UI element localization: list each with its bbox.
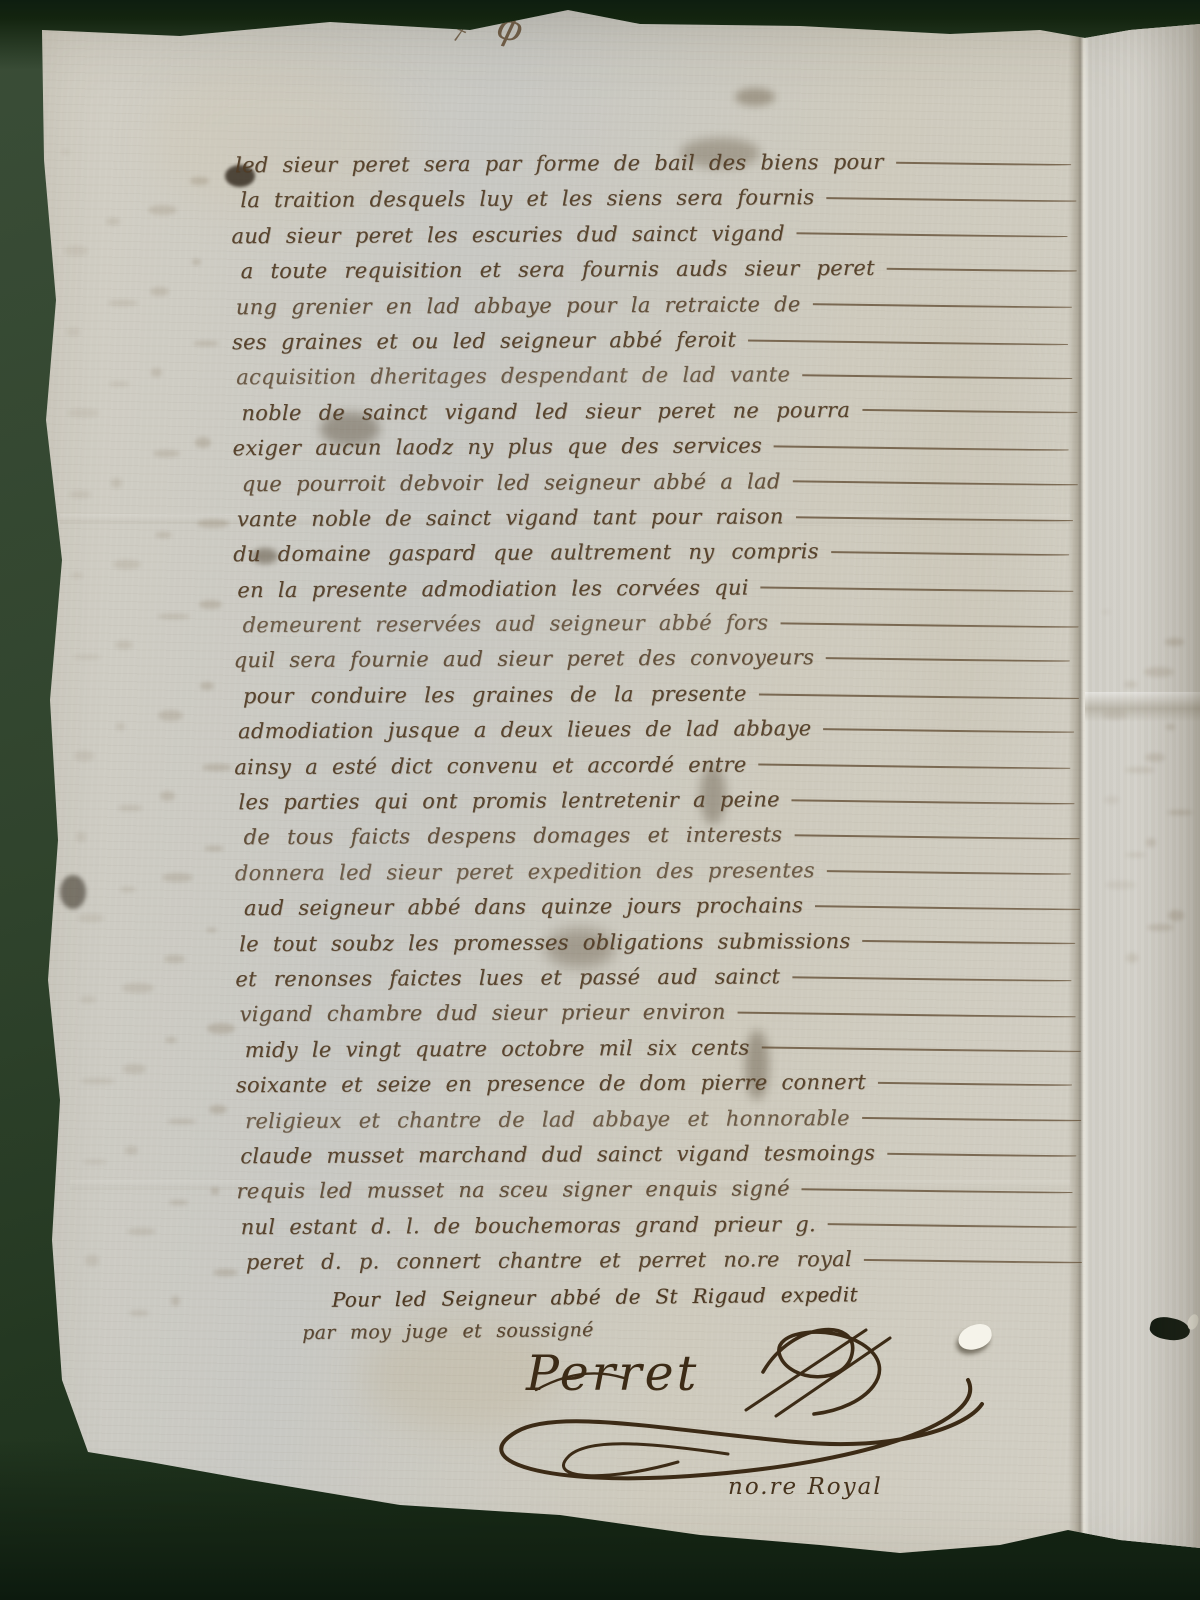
line-filler-stroke: [761, 587, 1074, 593]
bleedthrough-spot: [167, 1119, 196, 1124]
adjacent-blank-page: [1085, 0, 1200, 1600]
line-filler-stroke: [774, 445, 1069, 451]
manuscript-line: vigand chambre dud sieur prieur environ: [239, 993, 1077, 1033]
manuscript-line-text: du domaine gaspard que aultrement ny com…: [233, 534, 819, 572]
notary-signature: Perret no.re Royal: [428, 1312, 1008, 1517]
line-filler-stroke: [827, 870, 1071, 875]
bleedthrough-spot: [153, 450, 180, 457]
manuscript-line-text: claude musset marchand dud sainct vigand…: [240, 1136, 875, 1175]
manuscript-line: a toute requisition et sera fournis auds…: [241, 250, 1079, 290]
bleedthrough-spot: [62, 150, 70, 154]
photo-background: † ϕ led sieur peret sera par forme de ba…: [0, 0, 1200, 1600]
bleedthrough-spot: [1168, 910, 1184, 921]
manuscript-line-text: led sieur peret sera par forme de bail d…: [235, 145, 884, 184]
bleedthrough-spot: [209, 1105, 227, 1114]
bleedthrough-spot: [151, 368, 161, 376]
manuscript-line: en la presente admodiation les corvées q…: [237, 568, 1075, 608]
manuscript-line: la traition desquels luy et les siens se…: [240, 179, 1078, 219]
bleedthrough-spot: [211, 1187, 219, 1195]
line-filler-stroke: [831, 551, 1069, 556]
bleedthrough-spot: [213, 1269, 238, 1276]
manuscript-line-text: nul estant d. l. de bouchemoras grand pr…: [241, 1207, 816, 1245]
line-filler-stroke: [792, 799, 1075, 805]
manuscript-line: led sieur peret sera par forme de bail d…: [235, 144, 1073, 184]
bleedthrough-spot: [1146, 838, 1156, 846]
manuscript-line-text: la traition desquels luy et les siens se…: [240, 181, 814, 219]
line-filler-stroke: [823, 728, 1074, 733]
manuscript-line: midy le vingt quatre octobre mil six cen…: [245, 1029, 1083, 1069]
manuscript-line: ses graines et ou led seigneur abbé fero…: [232, 321, 1070, 361]
line-filler-stroke: [887, 268, 1077, 273]
bleedthrough-spot: [115, 641, 133, 649]
edge-spot: [60, 875, 86, 909]
bleedthrough-spot: [118, 805, 143, 811]
bleedthrough-spot: [76, 832, 86, 841]
bleedthrough-spot: [122, 983, 154, 994]
bleedthrough-spot: [81, 1078, 114, 1084]
bleedthrough-spot: [108, 300, 138, 306]
manuscript-line-text: admodiation jusque a deux lieues de lad …: [238, 711, 812, 749]
bleedthrough-spot: [204, 846, 224, 851]
bleedthrough-spot: [1103, 710, 1127, 720]
manuscript-line: exiger aucun laodz ny plus que des servi…: [233, 427, 1071, 467]
bleedthrough-spot: [193, 341, 219, 346]
manuscript-line-text: aud seigneur abbé dans quinze jours proc…: [244, 888, 803, 926]
bleedthrough-spot: [206, 928, 217, 932]
manuscript-line: peret d. p. connert chantre et perret no…: [246, 1241, 1084, 1281]
line-filler-stroke: [797, 233, 1068, 239]
bleedthrough-spot: [148, 205, 177, 215]
bleedthrough-spot: [78, 914, 104, 922]
cross-mark: †: [451, 20, 470, 46]
manuscript-line-text: les parties qui ont promis lentretenir a…: [238, 782, 780, 820]
line-filler-stroke: [738, 1012, 1076, 1019]
line-filler-stroke: [813, 303, 1072, 309]
bleedthrough-spot: [1104, 796, 1119, 805]
manuscript-line-text: vante noble de sainct vigand tant pour r…: [237, 499, 784, 537]
bleedthrough-spot: [85, 1255, 99, 1266]
line-filler-stroke: [762, 1047, 1081, 1053]
manuscript-line-text: requis led musset na sceu signer enquis …: [236, 1172, 790, 1210]
manuscript-line: acquisition dheritages despendant de lad…: [236, 356, 1074, 396]
manuscript-line-text: demeurent reservées aud seigneur abbé fo…: [242, 605, 768, 643]
bleedthrough-spot: [1165, 638, 1184, 645]
line-filler-stroke: [759, 764, 1071, 770]
bleedthrough-spot: [160, 791, 175, 801]
line-filler-stroke: [864, 1259, 1082, 1264]
phi-mark: ϕ: [493, 6, 527, 52]
line-filler-stroke: [863, 940, 1076, 945]
manuscript-line: ainsy a esté dict convenu et accordé ent…: [234, 745, 1072, 785]
manuscript-line-text: exiger aucun laodz ny plus que des servi…: [233, 429, 763, 467]
line-filler-stroke: [793, 480, 1078, 486]
manuscript-line-text: pour conduire les graines de la presente: [243, 676, 747, 714]
bleedthrough-spot: [171, 1296, 180, 1306]
manuscript-line-text: de tous faicts despens domages et intere…: [244, 818, 783, 856]
bleedthrough-spot: [157, 614, 191, 619]
manuscript-line: le tout soubz les promesses obligations …: [239, 922, 1077, 962]
bleedthrough-spot: [120, 887, 136, 892]
bleedthrough-spot: [67, 409, 98, 417]
line-filler-stroke: [828, 1224, 1077, 1229]
bleedthrough-spot: [190, 177, 209, 184]
bleedthrough-spot: [106, 218, 120, 225]
bleedthrough-spot: [1145, 753, 1165, 762]
bleedthrough-spot: [155, 532, 172, 538]
bleedthrough-spot: [127, 1228, 157, 1235]
bleedthrough-spot: [169, 1200, 188, 1204]
manuscript-line-text: vigand chambre dud sieur prieur environ: [239, 995, 725, 1033]
manuscript-line: aud sieur peret les escuries dud sainct …: [231, 215, 1069, 255]
manuscript-line-text: en la presente admodiation les corvées q…: [237, 570, 749, 608]
manuscript-line: nul estant d. l. de bouchemoras grand pr…: [241, 1206, 1079, 1246]
manuscript-line-text: acquisition dheritages despendant de lad…: [236, 358, 790, 396]
line-filler-stroke: [887, 1152, 1076, 1157]
manuscript-line: ung grenier en lad abbaye pour la retrai…: [236, 285, 1074, 325]
manuscript-line-text: et renonses faictes lues et passé aud sa…: [235, 959, 780, 997]
bleedthrough-spot: [1105, 881, 1136, 889]
manuscript-line: demeurent reservées aud seigneur abbé fo…: [242, 604, 1080, 644]
manuscript-line-text: religieux et chantre de lad abbaye et ho…: [245, 1101, 850, 1140]
manuscript-line: religieux et chantre de lad abbaye et ho…: [245, 1099, 1083, 1139]
manuscript-line: donnera led sieur peret expedition des p…: [235, 852, 1073, 892]
bleedthrough-spot: [192, 259, 201, 265]
signature-flourish: Perret no.re Royal: [428, 1312, 1008, 1517]
line-filler-stroke: [815, 905, 1080, 911]
ink-smudge: [735, 88, 775, 106]
bleedthrough-spot: [165, 1037, 177, 1043]
manuscript-line: que pourroit debvoir led seigneur abbé a…: [242, 462, 1080, 502]
manuscript-line: du domaine gaspard que aultrement ny com…: [233, 533, 1071, 573]
manuscript-page: † ϕ led sieur peret sera par forme de ba…: [0, 0, 1200, 1600]
bleedthrough-spot: [195, 437, 211, 448]
manuscript-line: requis led musset na sceu signer enquis …: [236, 1170, 1074, 1210]
manuscript-line-text: peret d. p. connert chantre et perret no…: [246, 1242, 852, 1281]
manuscript-line: noble de sainct vigand led sieur peret n…: [241, 392, 1079, 432]
line-filler-stroke: [802, 374, 1072, 380]
manuscript-line: pour conduire les graines de la presente: [243, 675, 1081, 715]
manuscript-line: aud seigneur abbé dans quinze jours proc…: [244, 887, 1082, 927]
bleedthrough-spot: [83, 1160, 107, 1165]
manuscript-line-text: noble de sainct vigand led sieur peret n…: [241, 393, 850, 432]
manuscript-line-text: quil sera fournie aud sieur peret des co…: [234, 641, 815, 679]
bleedthrough-spot: [109, 382, 130, 386]
manuscript-line: vante noble de sainct vigand tant pour r…: [237, 498, 1075, 538]
bleedthrough-spot: [123, 1064, 146, 1074]
line-filler-stroke: [759, 693, 1079, 699]
bleedthrough-spot: [80, 996, 97, 1003]
bleedthrough-spot: [116, 723, 125, 730]
bleedthrough-spot: [150, 287, 170, 296]
manuscript-line-text: soixante et seize en presence de dom pie…: [236, 1065, 866, 1104]
bleedthrough-spot: [1126, 953, 1137, 963]
bleedthrough-spot: [200, 682, 213, 690]
line-filler-stroke: [792, 976, 1071, 982]
line-filler-stroke: [780, 622, 1078, 628]
manuscript-line: admodiation jusque a deux lieues de lad …: [238, 710, 1076, 750]
bleedthrough-spot: [113, 560, 141, 569]
manuscript-line-text: que pourroit debvoir led seigneur abbé a…: [242, 464, 781, 502]
manuscript-line: les parties qui ont promis lentretenir a…: [238, 781, 1076, 821]
line-filler-stroke: [802, 1188, 1073, 1194]
closing-line: Pour led Seigneur abbé de St Rigaud expe…: [332, 1282, 858, 1312]
manuscript-line-text: midy le vingt quatre octobre mil six cen…: [245, 1030, 750, 1068]
bleedthrough-spot: [199, 600, 222, 609]
line-filler-stroke: [796, 516, 1073, 522]
manuscript-line-text: ainsy a esté dict convenu et accordé ent…: [234, 747, 746, 785]
bleedthrough-spot: [71, 573, 83, 578]
signature-name: Perret: [525, 1345, 699, 1402]
line-filler-stroke: [826, 197, 1076, 202]
bleedthrough-spot: [73, 655, 102, 659]
manuscript-line: de tous faicts despens domages et intere…: [244, 816, 1082, 856]
top-marks: † ϕ: [455, 8, 523, 49]
bleedthrough-spot: [64, 246, 88, 256]
bleedthrough-spot: [1125, 767, 1155, 773]
manuscript-line: soixante et seize en presence de dom pie…: [236, 1064, 1074, 1104]
manuscript-line-text: ung grenier en lad abbaye pour la retrai…: [236, 287, 801, 325]
bleedthrough-spot: [129, 1310, 149, 1316]
manuscript-line-text: aud sieur peret les escuries dud sainct …: [231, 216, 784, 254]
line-filler-stroke: [878, 1082, 1072, 1087]
bleedthrough-spot: [1167, 810, 1193, 815]
manuscript-line: et renonses faictes lues et passé aud sa…: [235, 958, 1073, 998]
line-filler-stroke: [896, 161, 1071, 165]
manuscript-line-text: donnera led sieur peret expedition des p…: [235, 853, 815, 891]
bleedthrough-spot: [111, 478, 122, 488]
bleedthrough-spot: [66, 328, 81, 337]
body-lines: led sieur peret sera par forme de bail d…: [235, 144, 1079, 1281]
bleedthrough-spot: [69, 491, 91, 498]
bleedthrough-spot: [1102, 610, 1110, 614]
line-filler-stroke: [862, 1117, 1081, 1122]
manuscript-line-text: ses graines et ou led seigneur abbé fero…: [232, 323, 736, 361]
signature-title: no.re Royal: [728, 1474, 883, 1500]
line-filler-stroke: [748, 339, 1068, 345]
bleedthrough-spot: [162, 873, 193, 882]
line-filler-stroke: [862, 409, 1077, 414]
bleedthrough-spot: [202, 764, 232, 771]
line-filler-stroke: [826, 657, 1070, 662]
manuscript-line: claude musset marchand dud sainct vigand…: [240, 1135, 1078, 1175]
manuscript-line-text: a toute requisition et sera fournis auds…: [241, 251, 875, 290]
bleedthrough-spot: [197, 519, 230, 529]
manuscript-line: quil sera fournie aud sieur peret des co…: [234, 639, 1072, 679]
manuscript-line-text: le tout soubz les promesses obligations …: [239, 924, 850, 963]
bleedthrough-spot: [207, 1023, 234, 1033]
bleedthrough-spot: [158, 710, 182, 721]
line-filler-stroke: [794, 834, 1079, 840]
bleedthrough-spot: [164, 955, 186, 963]
bleedthrough-spot: [125, 1146, 138, 1155]
bleedthrough-spot: [74, 751, 93, 761]
